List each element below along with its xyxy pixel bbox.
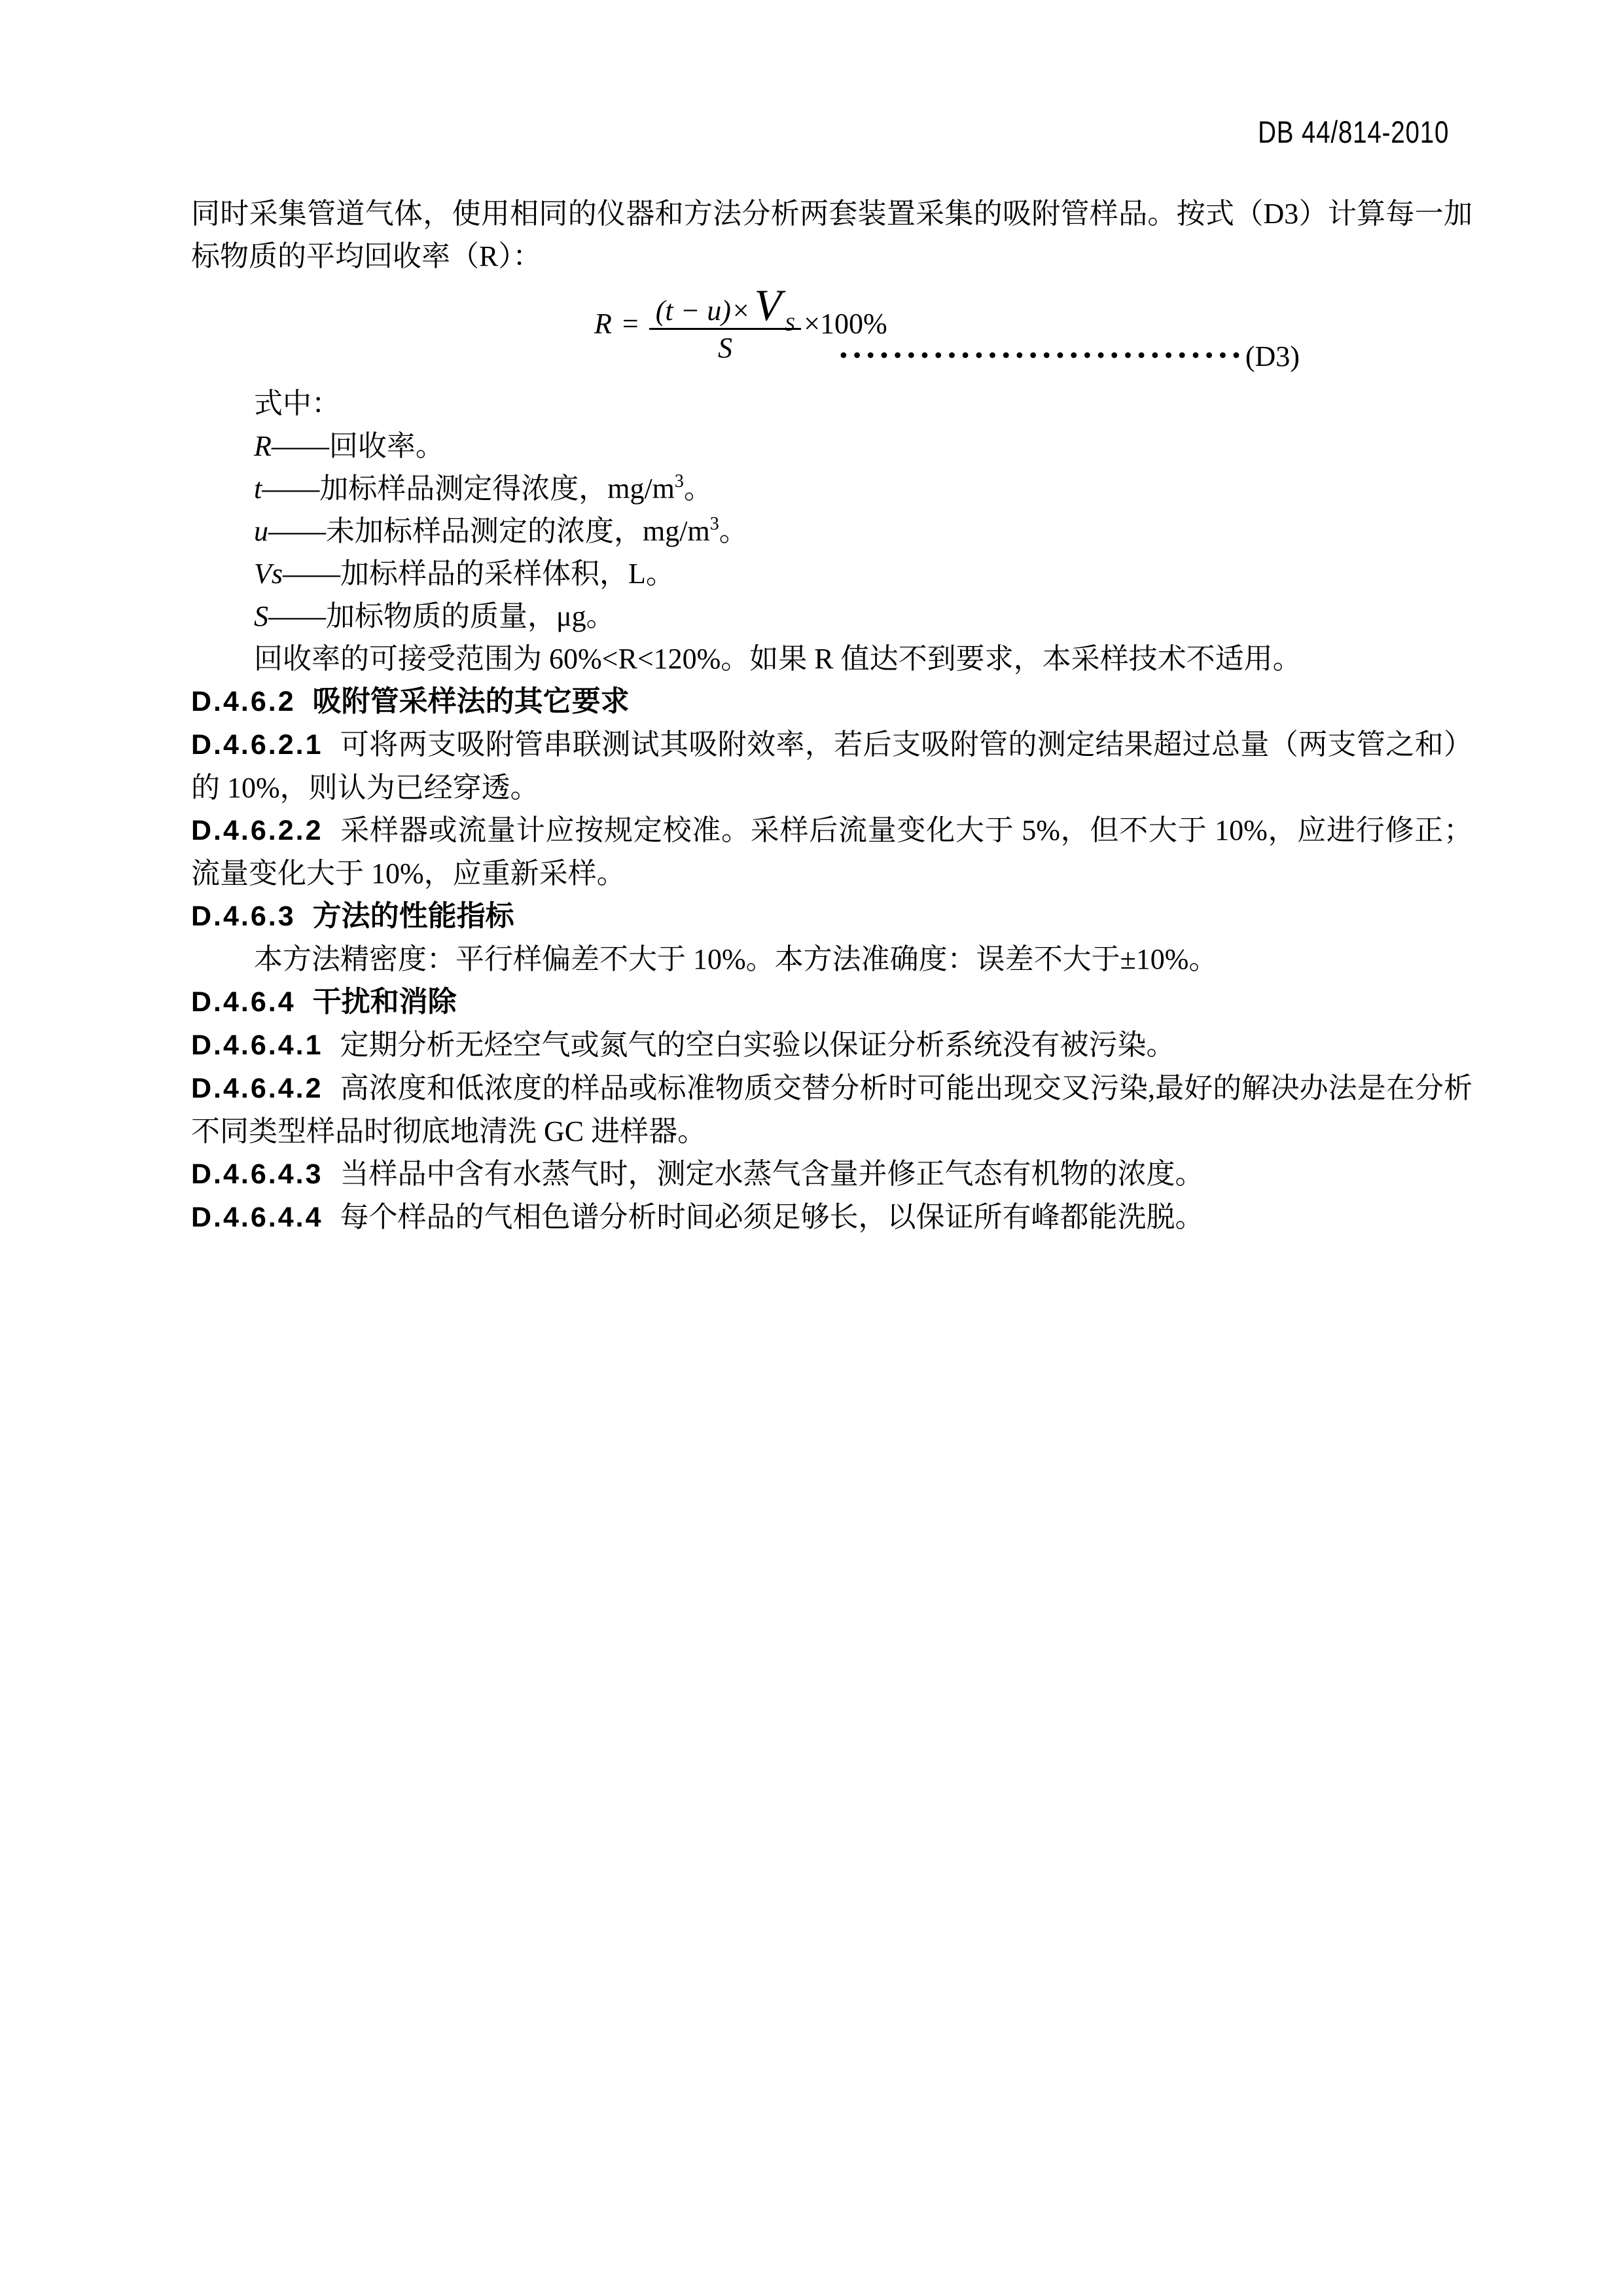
document-content: 同时采集管道气体，使用相同的仪器和方法分析两套装置采集的吸附管样品。按式（D3）… bbox=[191, 192, 1472, 1239]
definition-text: 加标物质的质量，μg。 bbox=[326, 600, 615, 632]
dash: —— bbox=[272, 430, 329, 462]
symbol-u: u bbox=[254, 515, 268, 547]
definition-text: 未加标样品测定的浓度，mg/m bbox=[326, 515, 710, 547]
standard-number-header: DB 44/814-2010 bbox=[1258, 114, 1449, 150]
clause-D4644: D.4.6.4.4每个样品的气相色谱分析时间必须足够长，以保证所有峰都能洗脱。 bbox=[191, 1196, 1472, 1239]
recovery-range-note: 回收率的可接受范围为 60%<R<120%。如果 R 值达不到要求，本采样技术不… bbox=[191, 637, 1472, 680]
formula-equals: = bbox=[622, 310, 639, 338]
numerator-subscript: S bbox=[785, 314, 794, 335]
definition-line-u: u——未加标样品测定的浓度，mg/m3。 bbox=[191, 510, 1472, 552]
definition-tail: 。 bbox=[719, 515, 748, 547]
clause-text: 可将两支吸附管串联测试其吸附效率，若后支吸附管的测定结果超过总量（两支管之和）的… bbox=[191, 728, 1472, 804]
definition-text: 加标样品的采样体积，L。 bbox=[340, 558, 675, 590]
definition-line-R: R——回收率。 bbox=[191, 425, 1472, 467]
section-title: 方法的性能指标 bbox=[313, 900, 514, 932]
section-number: D.4.6.2 bbox=[191, 686, 296, 717]
clause-text: 当样品中含有水蒸气时，测定水蒸气含量并修正气态有机物的浓度。 bbox=[340, 1158, 1204, 1190]
dash: —— bbox=[283, 558, 340, 590]
dash: —— bbox=[268, 600, 326, 632]
definition-text: 加标样品测定得浓度，mg/m bbox=[319, 473, 675, 505]
definition-text: 回收率。 bbox=[329, 430, 444, 462]
clause-text: 每个样品的气相色谱分析时间必须足够长，以保证所有峰都能洗脱。 bbox=[340, 1201, 1204, 1233]
clause-text: 采样器或流量计应按规定校准。采样后流量变化大于 5%，但不大于 10%，应进行修… bbox=[191, 814, 1472, 889]
formula-number-label: (D3) bbox=[1245, 335, 1300, 378]
definition-tail: 。 bbox=[684, 473, 713, 505]
formula-lhs: R bbox=[594, 310, 612, 338]
numerator-terms: (t − u)× bbox=[656, 295, 751, 327]
definition-line-t: t——加标样品测定得浓度，mg/m3。 bbox=[191, 467, 1472, 510]
formula-multiplier: ×100% bbox=[804, 310, 887, 338]
clause-number: D.4.6.4.1 bbox=[191, 1030, 323, 1061]
clause-number: D.4.6.4.3 bbox=[191, 1158, 323, 1190]
section-title: 干扰和消除 bbox=[313, 986, 457, 1018]
formula-leader: •••••••••••••••••••••••••••••• (D3) bbox=[838, 335, 1300, 378]
section-number: D.4.6.3 bbox=[191, 901, 296, 932]
section-title: 吸附管采样法的其它要求 bbox=[313, 685, 630, 717]
section-heading-D464: D.4.6.4干扰和消除 bbox=[191, 980, 1472, 1024]
symbol-t: t bbox=[254, 473, 262, 505]
clause-text: 高浓度和低浓度的样品或标准物质交替分析时可能出现交叉污染,最好的解决办法是在分析… bbox=[191, 1072, 1472, 1147]
denominator-symbol: S bbox=[718, 332, 732, 364]
clause-D4643: D.4.6.4.3当样品中含有水蒸气时，测定水蒸气含量并修正气态有机物的浓度。 bbox=[191, 1153, 1472, 1196]
definition-line-Vs: Vs——加标样品的采样体积，L。 bbox=[191, 552, 1472, 595]
superscript-3: 3 bbox=[710, 514, 719, 534]
section-number: D.4.6.4 bbox=[191, 986, 296, 1018]
clause-text: 定期分析无烃空气或氮气的空白实验以保证分析系统没有被污染。 bbox=[340, 1029, 1175, 1061]
clause-number: D.4.6.2.2 bbox=[191, 815, 323, 846]
document-page: DB 44/814-2010 同时采集管道气体，使用相同的仪器和方法分析两套装置… bbox=[0, 0, 1623, 2296]
where-label: 式中： bbox=[191, 382, 1472, 425]
definition-line-S: S——加标物质的质量，μg。 bbox=[191, 595, 1472, 637]
clause-D4621: D.4.6.2.1可将两支吸附管串联测试其吸附效率，若后支吸附管的测定结果超过总… bbox=[191, 723, 1472, 809]
clause-D4622: D.4.6.2.2采样器或流量计应按规定校准。采样后流量变化大于 5%，但不大于… bbox=[191, 809, 1472, 895]
clause-number: D.4.6.4.2 bbox=[191, 1073, 323, 1104]
fraction-numerator: (t − u)×VS bbox=[649, 285, 801, 328]
clause-D4641: D.4.6.4.1定期分析无烃空气或氮气的空白实验以保证分析系统没有被污染。 bbox=[191, 1024, 1472, 1067]
formula-fraction: (t − u)×VS S bbox=[649, 285, 801, 363]
leader-dots: •••••••••••••••••••••••••••••• bbox=[838, 335, 1244, 378]
dash: —— bbox=[262, 473, 319, 505]
numerator-volume-symbol: V bbox=[755, 280, 782, 330]
clause-number: D.4.6.2.1 bbox=[191, 729, 323, 761]
precision-accuracy-paragraph: 本方法精密度：平行样偏差不大于 10%。本方法准确度：误差不大于±10%。 bbox=[191, 938, 1472, 980]
formula-block: R = (t − u)×VS S ×100% •••••••••••••••••… bbox=[191, 284, 1472, 382]
symbol-S: S bbox=[254, 600, 268, 632]
dash: —— bbox=[268, 515, 326, 547]
superscript-3: 3 bbox=[675, 471, 684, 492]
symbol-Vs: Vs bbox=[254, 558, 283, 590]
symbol-R: R bbox=[254, 430, 272, 462]
section-heading-D463: D.4.6.3方法的性能指标 bbox=[191, 895, 1472, 938]
fraction-denominator: S bbox=[649, 328, 801, 363]
section-heading-D462: D.4.6.2吸附管采样法的其它要求 bbox=[191, 680, 1472, 723]
clause-D4642: D.4.6.4.2高浓度和低浓度的样品或标准物质交替分析时可能出现交叉污染,最好… bbox=[191, 1067, 1472, 1153]
clause-number: D.4.6.4.4 bbox=[191, 1202, 323, 1233]
intro-paragraph: 同时采集管道气体，使用相同的仪器和方法分析两套装置采集的吸附管样品。按式（D3）… bbox=[191, 192, 1472, 278]
